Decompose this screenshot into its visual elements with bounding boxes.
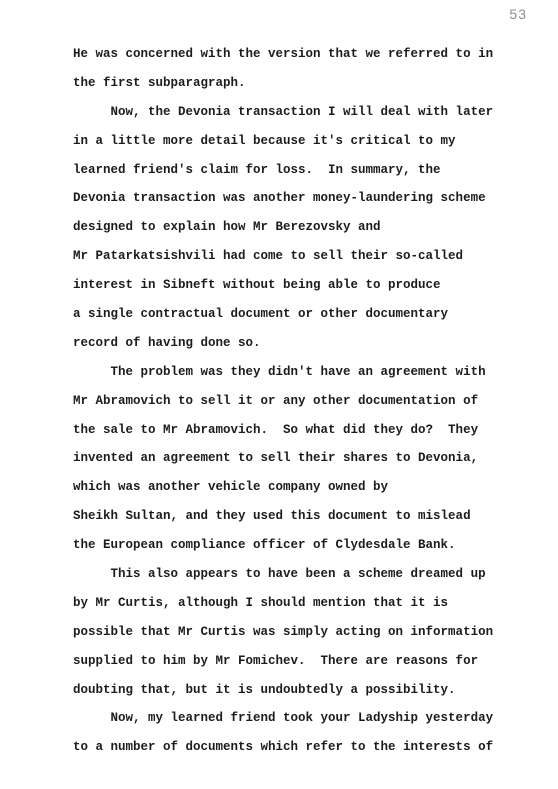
transcript-line: a single contractual document or other d… [73, 300, 533, 329]
transcript-line: This also appears to have been a scheme … [73, 560, 533, 589]
transcript-page: 53 He was concerned with the version tha… [0, 0, 558, 789]
transcript-line: invented an agreement to sell their shar… [73, 444, 533, 473]
transcript-text-block: He was concerned with the version that w… [73, 40, 533, 762]
transcript-line: record of having done so. [73, 329, 533, 358]
transcript-line: the sale to Mr Abramovich. So what did t… [73, 416, 533, 445]
transcript-line: Mr Abramovich to sell it or any other do… [73, 387, 533, 416]
transcript-line: The problem was they didn't have an agre… [73, 358, 533, 387]
transcript-line: by Mr Curtis, although I should mention … [73, 589, 533, 618]
transcript-line: designed to explain how Mr Berezovsky an… [73, 213, 533, 242]
transcript-line: to a number of documents which refer to … [73, 733, 533, 762]
transcript-line: Mr Patarkatsishvili had come to sell the… [73, 242, 533, 271]
transcript-line: the European compliance officer of Clyde… [73, 531, 533, 560]
transcript-line: learned friend's claim for loss. In summ… [73, 156, 533, 185]
transcript-line: Now, my learned friend took your Ladyshi… [73, 704, 533, 733]
transcript-line: He was concerned with the version that w… [73, 40, 533, 69]
transcript-line: possible that Mr Curtis was simply actin… [73, 618, 533, 647]
transcript-line: supplied to him by Mr Fomichev. There ar… [73, 647, 533, 676]
transcript-line: the first subparagraph. [73, 69, 533, 98]
transcript-line: Now, the Devonia transaction I will deal… [73, 98, 533, 127]
page-number: 53 [509, 6, 527, 22]
transcript-line: Sheikh Sultan, and they used this docume… [73, 502, 533, 531]
transcript-line: which was another vehicle company owned … [73, 473, 533, 502]
transcript-line: Devonia transaction was another money-la… [73, 184, 533, 213]
transcript-line: doubting that, but it is undoubtedly a p… [73, 676, 533, 705]
transcript-line: in a little more detail because it's cri… [73, 127, 533, 156]
transcript-line: interest in Sibneft without being able t… [73, 271, 533, 300]
